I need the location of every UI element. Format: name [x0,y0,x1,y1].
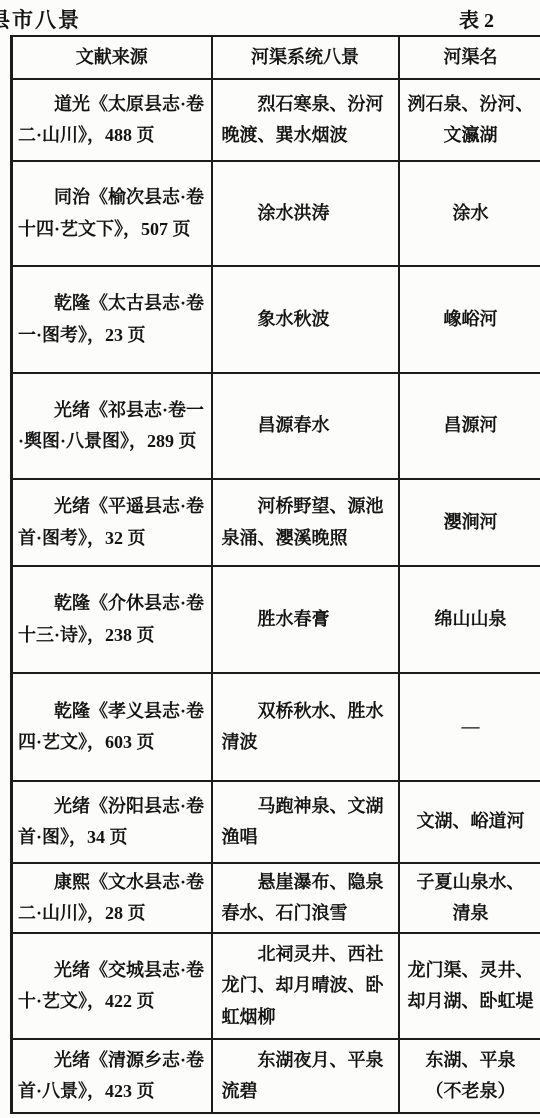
cell-scenes: 胜水春膏 [212,566,399,673]
cell-scenes: 象水秋波 [212,266,399,373]
cell-source: 乾隆《太古县志·卷一·图考》，23 页 [12,266,212,373]
cell-rivers: 瀴涧河 [399,479,540,566]
cell-source: 光绪《交城县志·卷十·艺文》，422 页 [12,933,212,1039]
cell-scenes: 悬崖瀑布、隐泉春水、石门浪雪 [212,863,399,933]
table-row: 乾隆《孝义县志·卷四·艺文》，603 页双桥秋水、胜水清波— [12,673,540,781]
cell-source: 康熙《文水县志·卷二·山川》，28 页 [12,863,212,933]
cell-rivers: — [399,673,540,781]
col-header-scenes: 河渠系统八景 [212,36,399,79]
cell-rivers: 洌石泉、汾河、 文瀛湖 [399,79,540,161]
cell-rivers: 涂水 [399,161,540,266]
cell-rivers: 龙门渠、灵井、 却月湖、卧虹堤 [399,933,540,1039]
table-row: 光绪《祁县志·卷一·舆图·八景图》，289 页昌源春水昌源河 [12,373,540,479]
table-header-row: 文献来源 河渠系统八景 河渠名 [12,36,540,79]
table-row: 同治《榆次县志·卷十四·艺文下》，507 页涂水洪涛涂水 [12,161,540,266]
cell-rivers: 东湖、平泉 （不老泉） [399,1039,540,1113]
cell-source: 乾隆《孝义县志·卷四·艺文》，603 页 [12,673,212,781]
cell-scenes: 河桥野望、源池泉涌、瀴溪晚照 [212,479,399,566]
cell-source: 同治《榆次县志·卷十四·艺文下》，507 页 [12,161,212,266]
page-header: 县市八景 表 2 [0,2,540,34]
table-row: 光绪《平遥县志·卷首·图考》，32 页河桥野望、源池泉涌、瀴溪晚照瀴涧河 [12,479,540,566]
table-row: 光绪《交城县志·卷十·艺文》，422 页北祠灵井、西社龙门、却月晴波、卧虹烟柳龙… [12,933,540,1039]
cell-scenes: 涂水洪涛 [212,161,399,266]
table-body: 道光《太原县志·卷二·山川》，488 页烈石寒泉、汾河晚渡、巽水烟波洌石泉、汾河… [12,79,540,1113]
cell-rivers: 嶑峪河 [399,266,540,373]
cell-source: 道光《太原县志·卷二·山川》，488 页 [12,79,212,161]
cell-source: 光绪《祁县志·卷一·舆图·八景图》，289 页 [12,373,212,479]
cell-source: 光绪《汾阳县志·卷首·图》，34 页 [12,781,212,863]
cell-scenes: 烈石寒泉、汾河晚渡、巽水烟波 [212,79,399,161]
table-row: 康熙《文水县志·卷二·山川》，28 页悬崖瀑布、隐泉春水、石门浪雪子夏山泉水、 … [12,863,540,933]
cell-source: 光绪《清源乡志·卷首·八景》，423 页 [12,1039,212,1113]
cell-scenes: 马跑神泉、文湖渔唱 [212,781,399,863]
cell-scenes: 昌源春水 [212,373,399,479]
eight-scenes-table: 文献来源 河渠系统八景 河渠名 道光《太原县志·卷二·山川》，488 页烈石寒泉… [10,35,540,1114]
cell-source: 光绪《平遥县志·卷首·图考》，32 页 [12,479,212,566]
table-row: 道光《太原县志·卷二·山川》，488 页烈石寒泉、汾河晚渡、巽水烟波洌石泉、汾河… [12,79,540,161]
col-header-source: 文献来源 [12,36,212,79]
col-header-rivers: 河渠名 [399,36,540,79]
cell-source: 乾隆《介休县志·卷十三·诗》，238 页 [12,566,212,673]
cell-scenes: 北祠灵井、西社龙门、却月晴波、卧虹烟柳 [212,933,399,1039]
table-number-label: 表 2 [459,4,494,33]
table-row: 光绪《汾阳县志·卷首·图》，34 页马跑神泉、文湖渔唱文湖、峪道河 [12,781,540,863]
document-page: 县市八景 表 2 文献来源 河渠系统八景 河渠名 道光《太原县志·卷二·山川》，… [0,0,540,1118]
table-row: 乾隆《太古县志·卷一·图考》，23 页象水秋波嶑峪河 [12,266,540,373]
cell-rivers: 昌源河 [399,373,540,479]
cell-rivers: 绵山山泉 [399,566,540,673]
cell-scenes: 东湖夜月、平泉流碧 [212,1039,399,1113]
page-title: 县市八景 [0,4,81,34]
table-row: 乾隆《介休县志·卷十三·诗》，238 页胜水春膏绵山山泉 [12,566,540,673]
cell-rivers: 子夏山泉水、 清泉 [399,863,540,933]
cell-rivers: 文湖、峪道河 [399,781,540,863]
cell-scenes: 双桥秋水、胜水清波 [212,673,399,781]
table-row: 光绪《清源乡志·卷首·八景》，423 页东湖夜月、平泉流碧东湖、平泉 （不老泉） [12,1039,540,1113]
